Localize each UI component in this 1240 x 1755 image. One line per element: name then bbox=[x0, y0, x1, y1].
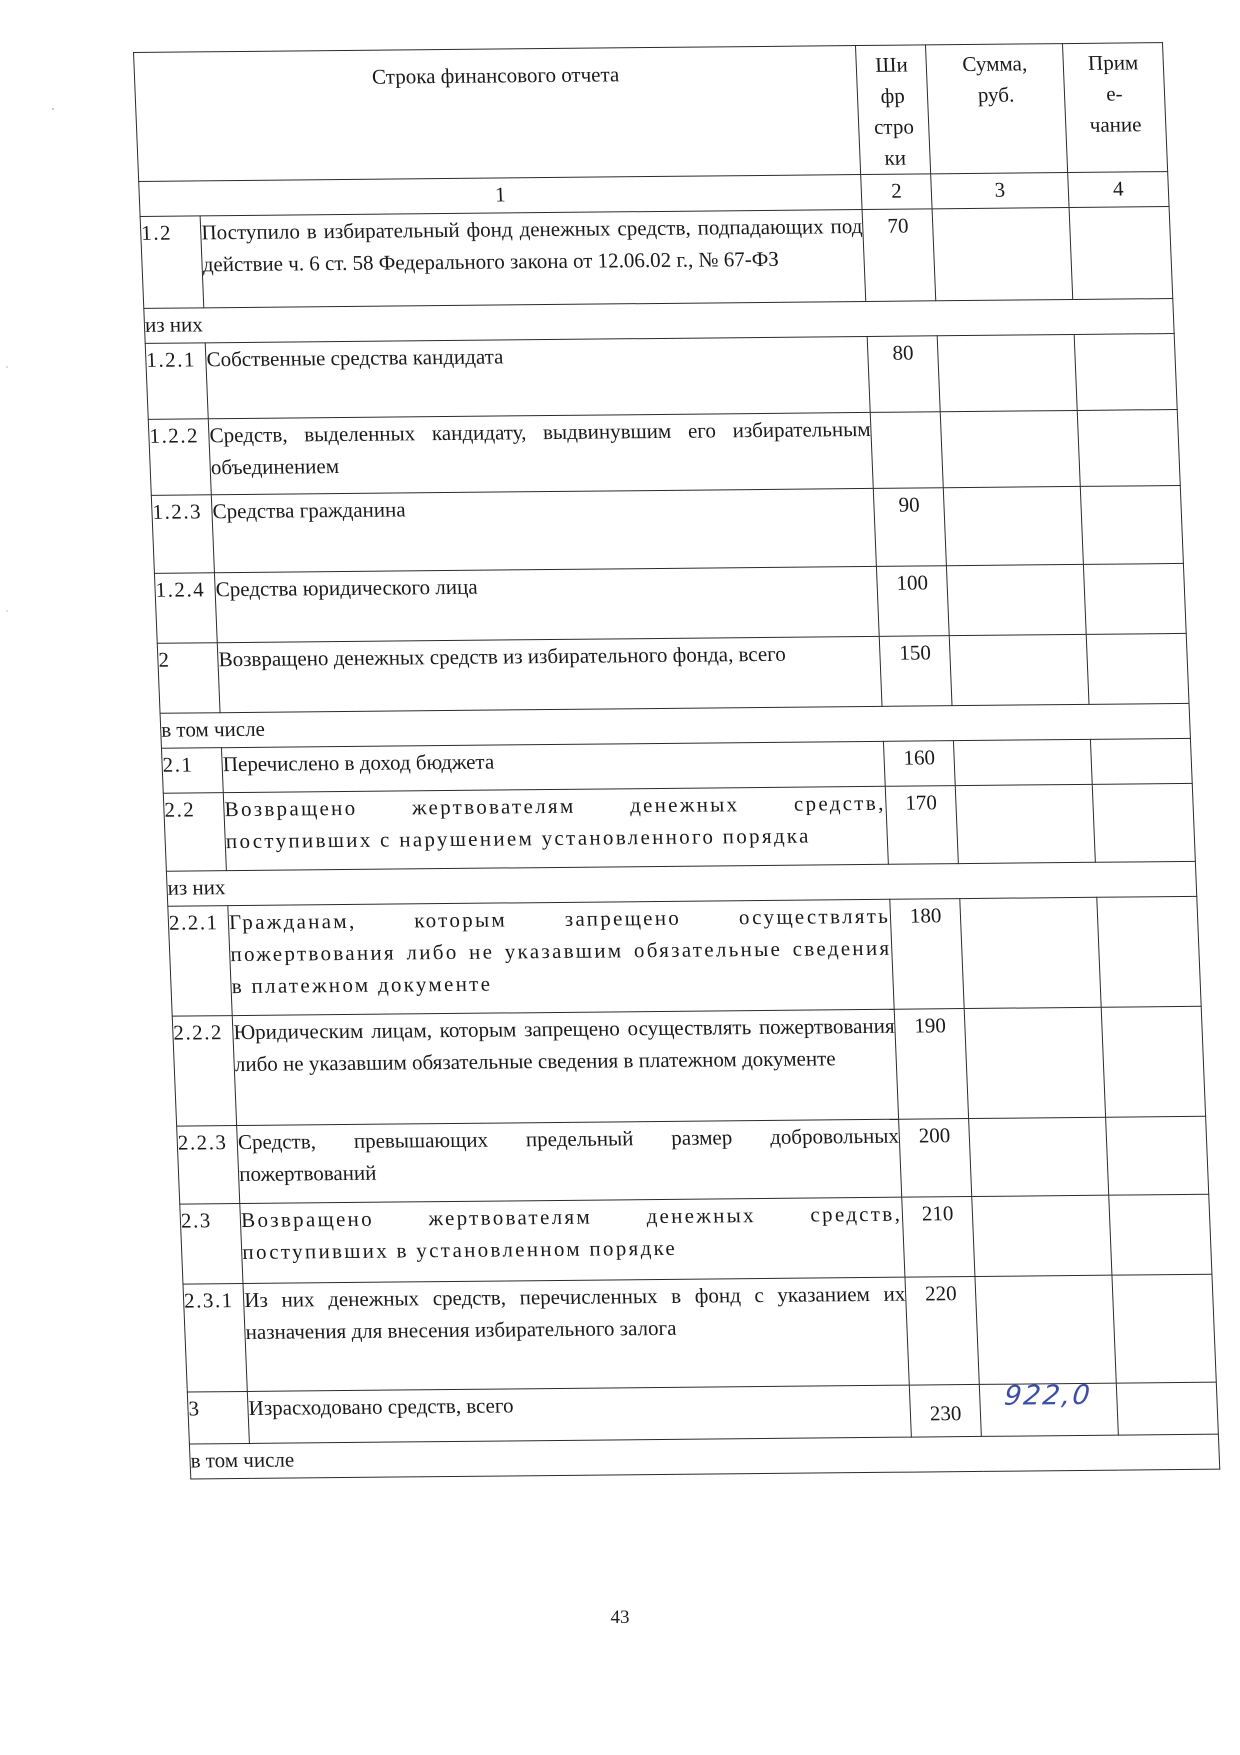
report-line-row: 1.2Поступило в избирательный фонд денежн… bbox=[140, 207, 1173, 309]
scan-speck bbox=[52, 108, 54, 110]
line-note bbox=[1077, 409, 1180, 486]
line-code: 90 bbox=[873, 488, 946, 567]
header-line-code-part: стро bbox=[859, 111, 929, 143]
line-note bbox=[1090, 738, 1192, 784]
line-sum bbox=[969, 1117, 1109, 1196]
header-line-code-part: фр bbox=[858, 80, 928, 112]
line-sum bbox=[972, 1195, 1112, 1276]
financial-report-table-container: Строка финансового отчета Ши фр стро ки … bbox=[133, 42, 1220, 1479]
line-number: 1.2 bbox=[140, 216, 204, 309]
line-number: 3 bbox=[187, 1391, 249, 1444]
line-code: 160 bbox=[884, 741, 956, 787]
line-sum bbox=[944, 486, 1084, 565]
report-line-row: 2Возвращено денежных средств из избирате… bbox=[157, 633, 1189, 713]
scanned-page: Строка финансового отчета Ши фр стро ки … bbox=[0, 0, 1240, 1755]
header-sum-part: руб. bbox=[928, 79, 1065, 111]
report-line-row: 2.2.1Гражданам, которым запрещено осущес… bbox=[168, 896, 1201, 1016]
line-number: 2.2.2 bbox=[172, 1016, 237, 1127]
line-note bbox=[1074, 334, 1177, 411]
header-note-part: Прим bbox=[1063, 47, 1164, 79]
line-sum bbox=[964, 1007, 1105, 1118]
column-number-4: 4 bbox=[1067, 172, 1169, 208]
header-report-line: Строка финансового отчета bbox=[134, 46, 861, 182]
line-note bbox=[1086, 633, 1189, 704]
line-number: 2.3 bbox=[180, 1204, 243, 1285]
line-description: Гражданам, которым запрещено осуществлят… bbox=[228, 899, 894, 1015]
report-line-row: 2.2.3Средств, превышающих предельный раз… bbox=[177, 1116, 1209, 1204]
line-sum bbox=[954, 739, 1092, 785]
report-line-row: 2.2.2Юридическим лицам, которым запрещен… bbox=[172, 1006, 1205, 1126]
line-description: Возвращено жертвователям денежных средст… bbox=[223, 786, 888, 870]
report-line-row: 1.2.4Средства юридического лица100 bbox=[154, 563, 1186, 643]
header-sum: Сумма, руб. bbox=[926, 44, 1068, 174]
line-code: 190 bbox=[894, 1009, 969, 1120]
line-note bbox=[1108, 1194, 1212, 1275]
line-number: 2.1 bbox=[161, 748, 223, 794]
line-note bbox=[1092, 783, 1195, 862]
line-code: 230 bbox=[909, 1384, 981, 1437]
column-number-2: 2 bbox=[861, 174, 933, 210]
line-sum: 922,0 bbox=[980, 1383, 1118, 1436]
line-sum bbox=[975, 1275, 1116, 1384]
line-description: Средства гражданина bbox=[211, 488, 876, 572]
header-note-part: е- bbox=[1064, 78, 1165, 110]
line-number: 1.2.1 bbox=[145, 343, 208, 420]
line-code: 150 bbox=[879, 636, 952, 707]
line-number: 1.2.2 bbox=[148, 419, 211, 496]
line-description: Собственные средства кандидата bbox=[205, 336, 870, 418]
line-note bbox=[1083, 563, 1186, 634]
line-number: 2.3.1 bbox=[183, 1283, 248, 1392]
line-note bbox=[1080, 485, 1183, 564]
line-number: 1.2.4 bbox=[154, 573, 217, 644]
line-code: 200 bbox=[899, 1119, 972, 1198]
line-sum bbox=[956, 784, 1096, 863]
column-number-3: 3 bbox=[931, 173, 1069, 209]
line-sum bbox=[950, 634, 1089, 705]
line-number: 2 bbox=[157, 643, 220, 714]
line-sum bbox=[947, 564, 1086, 635]
header-note: Прим е- чание bbox=[1062, 43, 1167, 173]
header-row: Строка финансового отчета Ши фр стро ки … bbox=[134, 43, 1168, 182]
line-code: 210 bbox=[902, 1196, 975, 1277]
line-code: 70 bbox=[862, 209, 936, 302]
header-sum-part: Сумма, bbox=[926, 48, 1063, 80]
line-description: Средства юридического лица bbox=[215, 566, 880, 642]
header-note-part: чание bbox=[1065, 109, 1166, 141]
report-line-row: 1.2.3Средства гражданина90 bbox=[151, 485, 1183, 573]
line-code: 220 bbox=[905, 1276, 980, 1385]
line-note bbox=[1105, 1116, 1208, 1195]
line-description: Юридическим лицам, которым запрещено осу… bbox=[232, 1009, 898, 1125]
line-sum bbox=[937, 334, 1076, 411]
line-sum bbox=[941, 410, 1080, 487]
line-code: 180 bbox=[890, 899, 965, 1010]
header-line-code-part: ки bbox=[860, 142, 930, 174]
line-note bbox=[1096, 896, 1201, 1007]
line-code: 170 bbox=[885, 786, 958, 865]
scan-speck bbox=[6, 610, 8, 612]
line-number: 1.2.3 bbox=[151, 495, 214, 574]
report-line-row: 2.3Возвращено жертвователям денежных сре… bbox=[180, 1194, 1212, 1284]
line-description: Израсходовано средств, всего bbox=[247, 1385, 911, 1443]
line-description: Средств, выделенных кандидату, выдвинувш… bbox=[208, 412, 873, 494]
header-line-code: Ши фр стро ки bbox=[856, 45, 931, 175]
line-note bbox=[1069, 207, 1173, 300]
line-sum bbox=[960, 897, 1101, 1008]
line-number: 2.2.3 bbox=[177, 1126, 240, 1205]
report-line-row: 1.2.1Собственные средства кандидата80 bbox=[145, 334, 1177, 420]
line-code bbox=[870, 412, 943, 489]
financial-report-table: Строка финансового отчета Ши фр стро ки … bbox=[133, 42, 1220, 1479]
line-note bbox=[1101, 1006, 1206, 1117]
scan-speck bbox=[6, 366, 8, 368]
line-number: 2.2 bbox=[163, 793, 226, 872]
line-sum bbox=[932, 208, 1072, 301]
line-description: Возвращено денежных средств из избирател… bbox=[217, 636, 882, 712]
handwritten-sum: 922,0 bbox=[1003, 1380, 1094, 1413]
line-description: Поступило в избирательный фонд денежных … bbox=[200, 210, 866, 308]
report-line-row: 1.2.2Средств, выделенных кандидату, выдв… bbox=[148, 409, 1180, 495]
line-note bbox=[1112, 1274, 1217, 1383]
line-number: 2.2.1 bbox=[168, 906, 233, 1017]
line-description: Возвращено жертвователям денежных средст… bbox=[240, 1197, 905, 1283]
report-line-row: 2.2Возвращено жертвователям денежных сре… bbox=[163, 783, 1195, 871]
line-note bbox=[1116, 1382, 1218, 1435]
header-line-code-part: Ши bbox=[856, 49, 926, 81]
line-code: 100 bbox=[876, 566, 949, 637]
report-line-row: 2.3.1Из них денежных средств, перечислен… bbox=[183, 1274, 1216, 1392]
line-code: 80 bbox=[867, 336, 940, 413]
line-description: Средств, превышающих предельный размер д… bbox=[237, 1119, 902, 1203]
line-description: Перечислено в доход бюджета bbox=[222, 741, 886, 792]
page-number: 43 bbox=[0, 1607, 1240, 1629]
line-description: Из них денежных средств, перечисленных в… bbox=[243, 1277, 909, 1391]
